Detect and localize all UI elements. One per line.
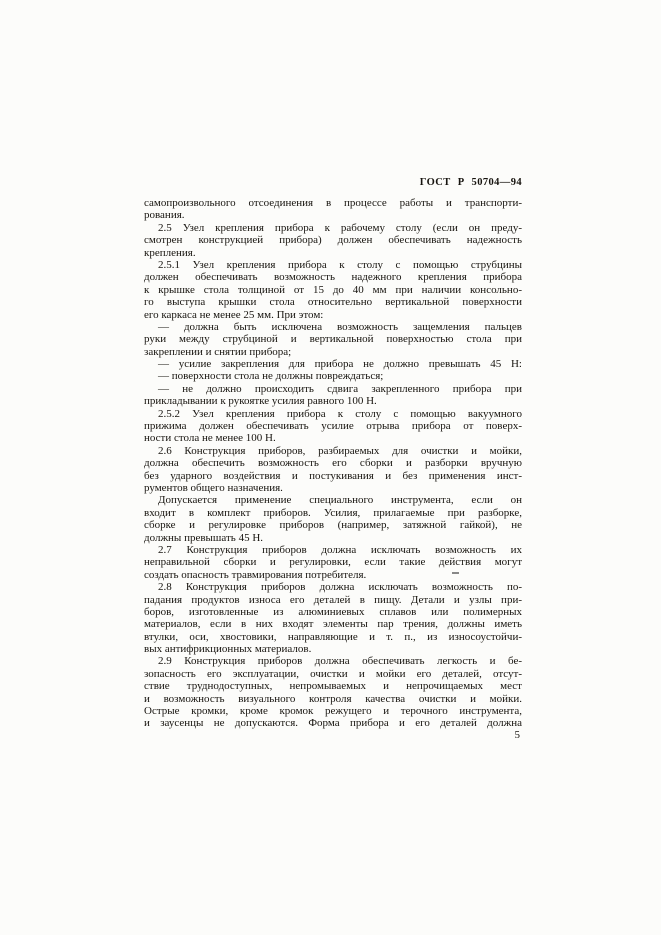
page-number: 5 xyxy=(144,729,520,741)
text-line: должны превышать 45 Н. xyxy=(144,532,522,544)
text-line: — должна быть исключена возможность заще… xyxy=(144,321,522,333)
text-line: зопасность его эксплуатации, очистки и м… xyxy=(144,668,522,680)
text-line: — не должно происходить сдвига закреплен… xyxy=(144,383,522,395)
text-line: 2.8 Конструкция приборов должна исключат… xyxy=(144,581,522,593)
text-line: прижима должен обеспечивать усилие отрыв… xyxy=(144,420,522,432)
text-line: прикладывании к рукоятке усилия равного … xyxy=(144,395,522,407)
text-line: и возможность визуального контроля качес… xyxy=(144,693,522,705)
text-line: вых антифрикционных материалов. xyxy=(144,643,522,655)
text-line: Острые кромки, кроме кромок режущего и т… xyxy=(144,705,522,717)
text-line: 2.5 Узел крепления прибора к рабочему ст… xyxy=(144,222,522,234)
text-line: боров, изготовленные из алюминиевых спла… xyxy=(144,606,522,618)
text-line: 2.7 Конструкция приборов должна исключат… xyxy=(144,544,522,556)
text-line: должен обеспечивать возможность надежног… xyxy=(144,271,522,283)
text-line: и заусенцы не допускаются. Форма прибора… xyxy=(144,717,522,729)
text-line: ствие труднодоступных, непромываемых и н… xyxy=(144,680,522,692)
text-line: его каркаса не менее 25 мм. При этом: xyxy=(144,309,522,321)
text-line: — поверхности стола не должны повреждать… xyxy=(144,370,522,382)
text-line: без ударного воздействия и постукивания … xyxy=(144,470,522,482)
text-line: неправильной сборки и регулировки, если … xyxy=(144,556,522,568)
text-line: 2.6 Конструкция приборов, разбираемых дл… xyxy=(144,445,522,457)
document-body: самопроизвольного отсоединения в процесс… xyxy=(144,197,522,730)
text-line: смотрен конструкцией прибора) должен обе… xyxy=(144,234,522,246)
text-line: материалов, если в них входят элементы п… xyxy=(144,618,522,630)
text-line: рования. xyxy=(144,209,522,221)
text-line: сборке и регулировке приборов (например,… xyxy=(144,519,522,531)
text-line: создать опасность травмирования потребит… xyxy=(144,569,522,581)
text-line: 2.5.2 Узел крепления прибора к столу с п… xyxy=(144,408,522,420)
text-line: к крышке стола толщиной от 15 до 40 мм п… xyxy=(144,284,522,296)
text-line: крепления. xyxy=(144,247,522,259)
text-line: рументов общего назначения. xyxy=(144,482,522,494)
text-line: должна обеспечить возможность его сборки… xyxy=(144,457,522,469)
text-line: 2.5.1 Узел крепления прибора к столу с п… xyxy=(144,259,522,271)
document-page: ГОСТ Р 50704—94 самопроизвольного отсоед… xyxy=(0,0,661,935)
standard-number-header: ГОСТ Р 50704—94 xyxy=(144,177,522,188)
text-line: падания продуктов износа его деталей в п… xyxy=(144,594,522,606)
text-line: го выступа крышки стола относительно вер… xyxy=(144,296,522,308)
text-line: входит в комплект приборов. Усилия, прил… xyxy=(144,507,522,519)
text-line: 2.9 Конструкция приборов должна обеспечи… xyxy=(144,655,522,667)
text-line: закреплении и снятии прибора; xyxy=(144,346,522,358)
text-line: руки между струбциной и вертикальной пов… xyxy=(144,333,522,345)
text-line: самопроизвольного отсоединения в процесс… xyxy=(144,197,522,209)
text-line: Допускается применение специального инст… xyxy=(144,494,522,506)
text-line: втулки, оси, хвостовики, направляющие и … xyxy=(144,631,522,643)
text-line: ности стола не менее 100 Н. xyxy=(144,432,522,444)
scan-artifact-dash xyxy=(452,572,459,574)
text-line: — усилие закрепления для прибора не долж… xyxy=(144,358,522,370)
